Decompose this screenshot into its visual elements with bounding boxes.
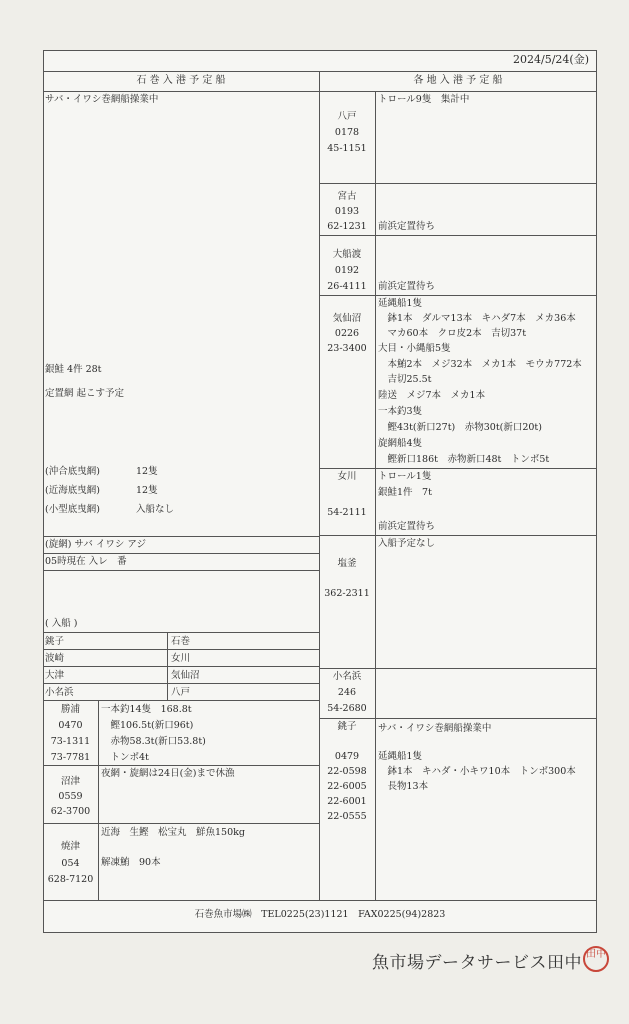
divider xyxy=(43,649,319,650)
divider xyxy=(43,900,597,901)
port-phone: 23-3400 xyxy=(319,342,375,355)
port-line: 本鮪2本 メジ32本 メカ1本 モウカ772本 xyxy=(378,358,582,371)
time-status: 05時現在 入レ 番 xyxy=(45,555,127,568)
divider xyxy=(319,718,597,719)
divider xyxy=(375,91,376,900)
ishinomaki-status: サバ・イワシ巻網船操業中 xyxy=(45,93,158,106)
divider xyxy=(43,71,597,72)
port-phone: 22-0555 xyxy=(319,810,375,823)
port-line: 延縄船1隻 xyxy=(378,297,422,310)
port-line: 大目・小縄船5隻 xyxy=(378,342,451,355)
port-phone: 22-6001 xyxy=(319,795,375,808)
port-phone: 0226 xyxy=(319,327,375,340)
port-phone: 0470 xyxy=(43,719,98,732)
nyusen-port: 銚子 xyxy=(45,635,64,648)
teichi-text: 定置網 起こす予定 xyxy=(45,387,124,400)
port-line: トンボ4t xyxy=(101,751,149,764)
port-line: 延縄船1隻 xyxy=(378,750,422,763)
nyusen-port: 気仙沼 xyxy=(171,669,200,682)
trawl-value: 12隻 xyxy=(136,465,158,478)
port-line: サバ・イワシ巻網船操業中 xyxy=(378,722,491,735)
port-phone: 0479 xyxy=(319,750,375,763)
port-name: 沼津 xyxy=(43,775,98,788)
port-phone: 362-2311 xyxy=(319,587,375,600)
divider xyxy=(98,700,99,900)
gindara-text: 銀鮭 4件 28t xyxy=(45,363,102,376)
trawl-value: 入船なし xyxy=(136,503,174,516)
port-name: 銚子 xyxy=(319,720,375,733)
trawl-type: (近海底曳網) xyxy=(45,484,100,497)
port-name: 大船渡 xyxy=(319,248,375,261)
port-phone: 54-2111 xyxy=(319,506,375,519)
footer-contact: 石巻魚市場㈱ TEL0225(23)1121 FAX0225(94)2823 xyxy=(43,908,597,921)
port-line: 鉢1本 ダルマ13本 キハダ7本 メカ36本 xyxy=(378,312,576,325)
port-line: 夜網・旋網は24日(金)まで休漁 xyxy=(101,767,235,780)
port-line: トロール1隻 xyxy=(378,470,431,483)
trawl-type: (沖合底曳網) xyxy=(45,465,100,478)
port-phone: 0193 xyxy=(319,205,375,218)
divider xyxy=(43,553,319,554)
seal-text: 田中 xyxy=(586,949,606,960)
divider xyxy=(319,183,597,184)
port-name: 小名浜 xyxy=(319,670,375,683)
divider xyxy=(43,536,319,537)
divider xyxy=(43,823,319,824)
port-name: 焼津 xyxy=(43,840,98,853)
port-phone: 246 xyxy=(319,686,375,699)
divider xyxy=(43,765,319,766)
seal-stamp-icon: 田中 xyxy=(583,946,609,972)
nyusen-port: 八戸 xyxy=(171,686,190,699)
port-line: 鰹43t(新口27t) 赤物30t(新口20t) xyxy=(378,421,542,434)
port-line: 赤物58.3t(新口53.8t) xyxy=(101,735,206,748)
port-phone: 45-1151 xyxy=(319,142,375,155)
nyusen-port: 小名浜 xyxy=(45,686,74,699)
port-name: 女川 xyxy=(319,470,375,483)
nyusen-port: 波崎 xyxy=(45,652,64,665)
port-name: 勝浦 xyxy=(43,703,98,716)
port-name: 宮古 xyxy=(319,190,375,203)
nyusen-port: 大津 xyxy=(45,669,64,682)
nyusen-port: 石巻 xyxy=(171,635,190,648)
port-phone: 73-7781 xyxy=(43,751,98,764)
port-phone: 0559 xyxy=(43,790,98,803)
signature-text: 魚市場データサービス田中 xyxy=(372,948,582,973)
port-phone: 54-2680 xyxy=(319,702,375,715)
port-line: 鉢1本 キハダ・小キワ10本 トンボ300本 xyxy=(378,765,576,778)
trawl-value: 12隻 xyxy=(136,484,158,497)
port-line: 旋網船4隻 xyxy=(378,437,422,450)
divider xyxy=(319,235,597,236)
port-line: 鰹106.5t(新口96t) xyxy=(101,719,193,732)
port-line: 鰹新口186t 赤物新口48t トンボ5t xyxy=(378,453,549,466)
port-line: 前浜定置待ち xyxy=(378,220,435,233)
divider xyxy=(319,295,597,296)
divider xyxy=(43,570,319,571)
port-name: 塩釜 xyxy=(319,557,375,570)
nyusen-port: 女川 xyxy=(171,652,190,665)
port-line: 吉切25.5t xyxy=(378,373,431,386)
divider xyxy=(43,683,319,684)
port-line: 一本釣14隻 168.8t xyxy=(101,703,192,716)
port-phone: 628-7120 xyxy=(43,873,98,886)
port-name: 気仙沼 xyxy=(319,312,375,325)
report-date: 2024/5/24(金) xyxy=(513,53,589,66)
port-line: トロール9隻 集計中 xyxy=(378,93,469,106)
port-phone: 0178 xyxy=(319,126,375,139)
divider xyxy=(43,700,319,701)
port-phone: 62-1231 xyxy=(319,220,375,233)
makiami-text: (旋網) サバ イワシ アジ xyxy=(45,538,146,551)
divider xyxy=(319,668,597,669)
port-phone: 22-6005 xyxy=(319,780,375,793)
port-phone: 73-1311 xyxy=(43,735,98,748)
divider xyxy=(43,91,597,92)
nyusen-label: ( 入船 ) xyxy=(45,617,77,630)
port-line: 前浜定置待ち xyxy=(378,280,435,293)
left-title: 石 巻 入 港 予 定 船 xyxy=(43,74,319,87)
port-phone: 0192 xyxy=(319,264,375,277)
port-line: 一本釣3隻 xyxy=(378,405,422,418)
port-phone: 62-3700 xyxy=(43,805,98,818)
port-line: マカ60本 クロ皮2本 吉切37t xyxy=(378,327,526,340)
port-line: 銀鮭1件 7t xyxy=(378,486,432,499)
divider xyxy=(43,632,319,633)
port-phone: 054 xyxy=(43,857,98,870)
divider xyxy=(43,666,319,667)
port-line: 陸送 メジ7本 メカ1本 xyxy=(378,389,485,402)
divider xyxy=(319,468,597,469)
port-line: 長物13本 xyxy=(378,780,428,793)
trawl-type: (小型底曳網) xyxy=(45,503,100,516)
port-line: 前浜定置待ち xyxy=(378,520,435,533)
port-phone: 26-4111 xyxy=(319,280,375,293)
port-line: 解凍鮪 90本 xyxy=(101,856,161,869)
right-title: 各 地 入 港 予 定 船 xyxy=(319,74,597,87)
port-line: 入船予定なし xyxy=(378,537,435,550)
divider xyxy=(319,535,597,536)
port-name: 八戸 xyxy=(319,110,375,123)
port-line: 近海 生鰹 松宝丸 鮮魚150kg xyxy=(101,826,245,839)
port-phone: 22-0598 xyxy=(319,765,375,778)
